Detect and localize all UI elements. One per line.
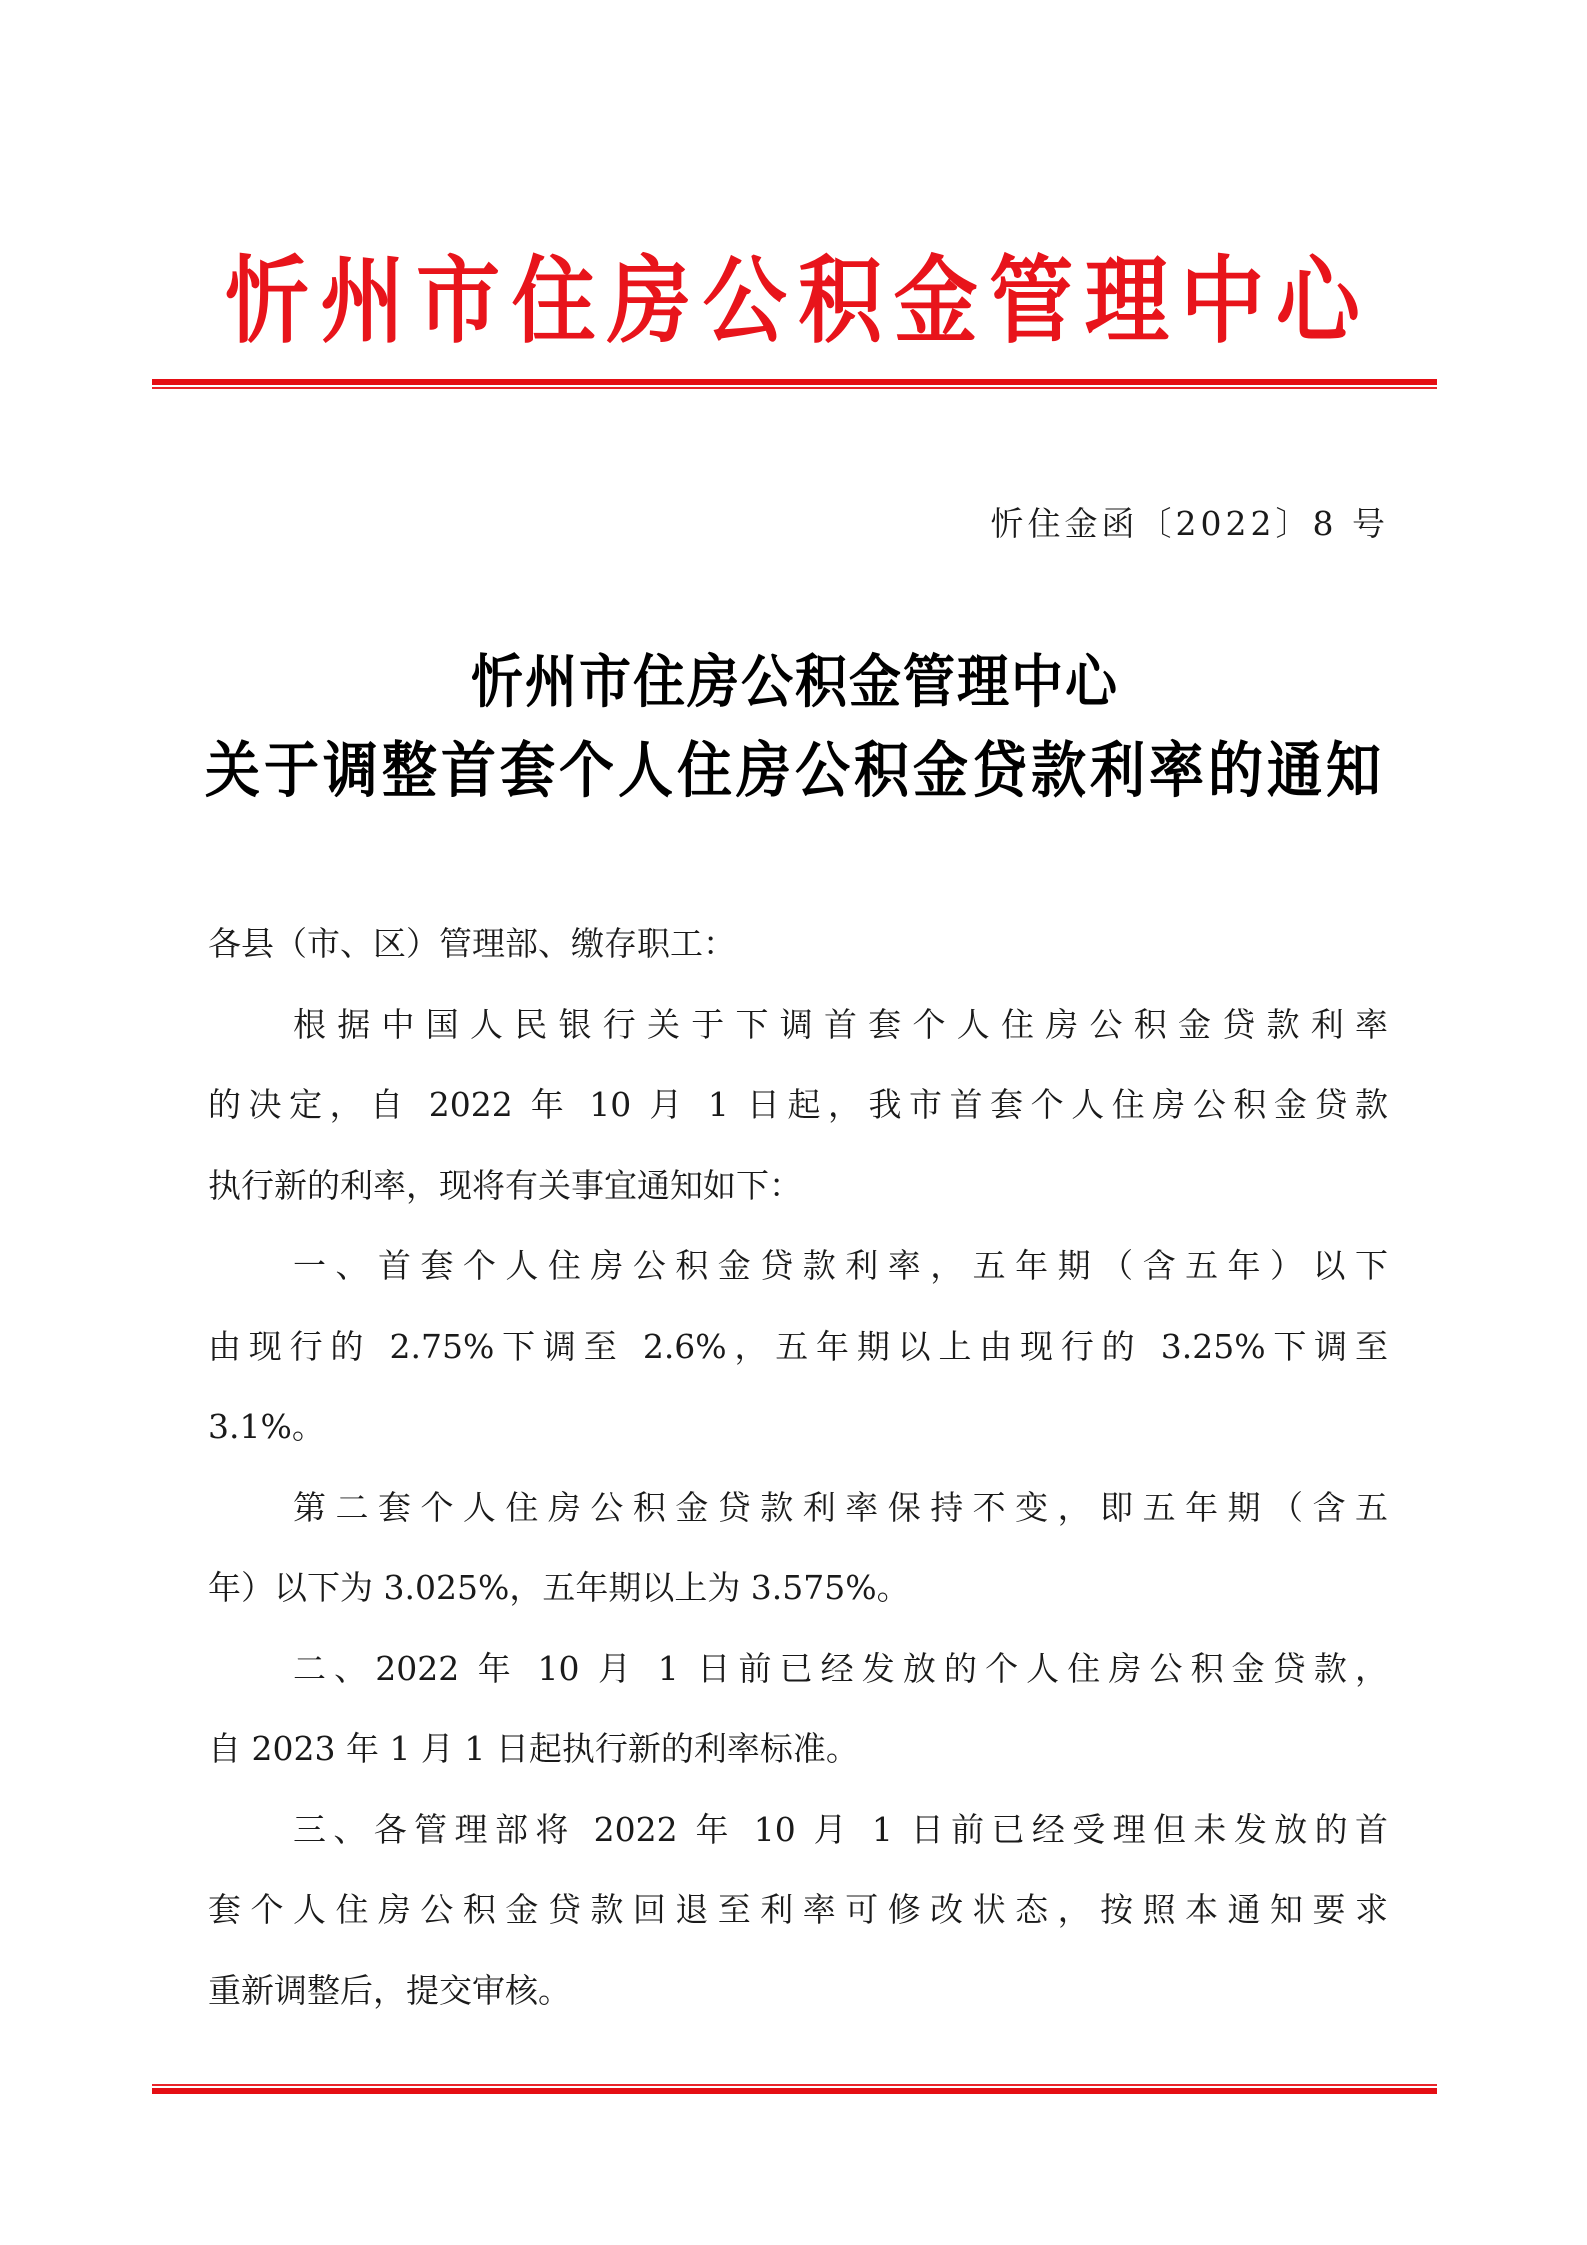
letterhead-char: 金 [894, 239, 978, 362]
divider-thick-line [152, 2088, 1437, 2094]
letterhead-char: 理 [1085, 239, 1169, 362]
letterhead-char: 积 [798, 239, 882, 362]
body-line: 根据中国人民银行关于下调首套个人住房公积金贷款利率 [208, 1003, 1388, 1084]
document-number: 忻住金函〔2022〕8 号 [991, 500, 1389, 548]
body-line: 的决定，自 2022 年 10 月 1 日起，我市首套个人住房公积金贷款 [208, 1083, 1388, 1164]
body-line: 自 2023 年 1 月 1 日起执行新的利率标准。 [208, 1727, 1388, 1808]
letterhead-divider [152, 379, 1437, 391]
body-line: 二、2022 年 10 月 1 日前已经发放的个人住房公积金贷款， [208, 1647, 1388, 1728]
body-line: 第二套个人住房公积金贷款利率保持不变，即五年期（含五 [208, 1486, 1388, 1567]
divider-thick-line [152, 379, 1437, 385]
body-line: 三、各管理部将 2022 年 10 月 1 日前已经受理但未发放的首 [208, 1808, 1388, 1889]
footer-divider [152, 2084, 1437, 2096]
letterhead-char: 州 [321, 239, 405, 362]
body-line: 3.1%。 [208, 1405, 1388, 1486]
letterhead-char: 市 [416, 239, 500, 362]
letterhead-org-name: 忻 州 市 住 房 公 积 金 管 理 中 心 [225, 246, 1360, 356]
salutation: 各县（市、区）管理部、缴存职工： [208, 922, 1388, 1003]
letterhead-char: 忻 [225, 239, 309, 362]
title-text: 关于调整首套个人住房公积金贷款利率的通知 [205, 730, 1385, 809]
letterhead-char: 公 [703, 239, 787, 362]
body-line: 套个人住房公积金贷款回退至利率可修改状态，按照本通知要求 [208, 1888, 1388, 1969]
letterhead-char: 中 [1180, 239, 1264, 362]
letterhead-char: 住 [512, 239, 596, 362]
body-line: 执行新的利率，现将有关事宜通知如下： [208, 1164, 1388, 1245]
letterhead-char: 心 [1276, 239, 1360, 362]
body-line: 年）以下为 3.025%，五年期以上为 3.575%。 [208, 1566, 1388, 1647]
document-title-line1: 忻州市住房公积金管理中心 [150, 648, 1440, 718]
body-line: 由现行的 2.75%下调至 2.6%，五年期以上由现行的 3.25%下调至 [208, 1325, 1388, 1406]
letterhead-char: 房 [607, 239, 691, 362]
document-title-line2: 关于调整首套个人住房公积金贷款利率的通知 [150, 734, 1440, 806]
document-body: 各县（市、区）管理部、缴存职工： 根据中国人民银行关于下调首套个人住房公积金贷款… [208, 922, 1388, 2049]
divider-thin-line [152, 387, 1437, 389]
letterhead-char: 管 [989, 239, 1073, 362]
body-line: 一、首套个人住房公积金贷款利率，五年期（含五年）以下 [208, 1244, 1388, 1325]
document-page: 忻 州 市 住 房 公 积 金 管 理 中 心 忻住金函〔2022〕8 号 忻州… [0, 0, 1587, 2245]
body-line: 重新调整后，提交审核。 [208, 1969, 1388, 2050]
title-text: 忻州市住房公积金管理中心 [471, 645, 1119, 722]
divider-thin-line [152, 2084, 1437, 2086]
